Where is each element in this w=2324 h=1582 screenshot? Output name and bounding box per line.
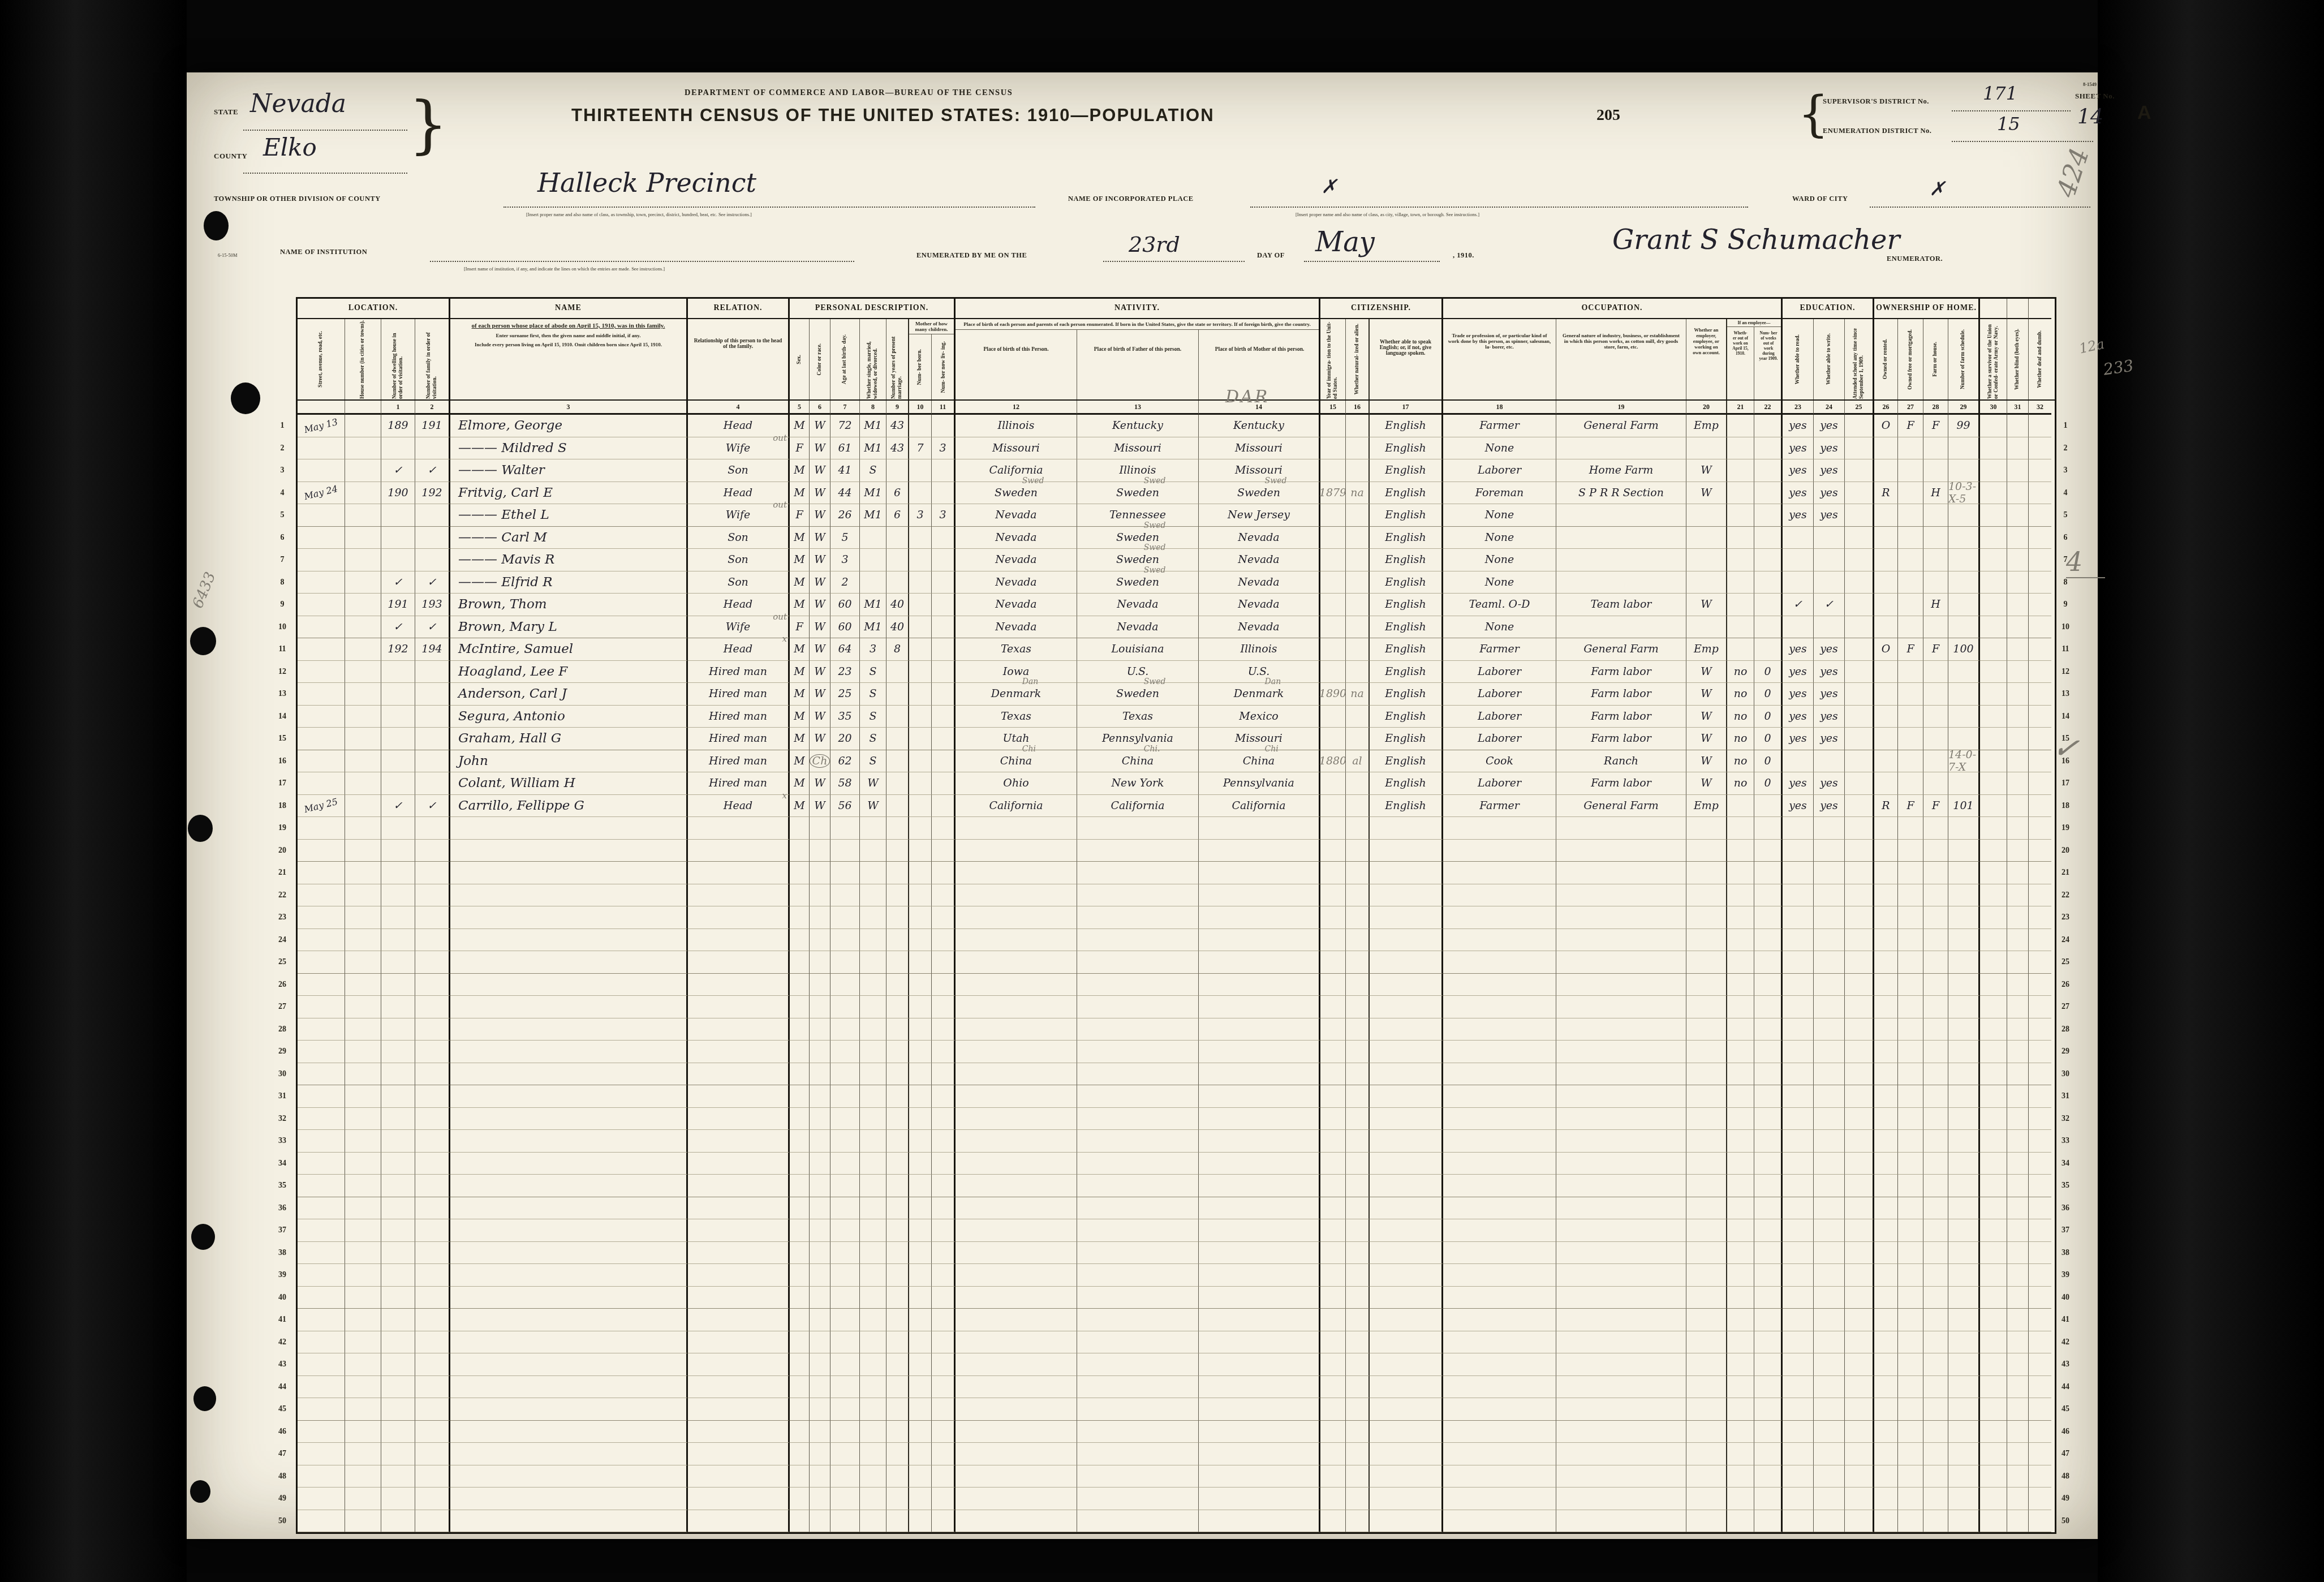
cell-color bbox=[810, 817, 830, 840]
cell-name: McIntire, Samuel bbox=[450, 638, 688, 661]
cell-sex bbox=[790, 817, 810, 840]
cell-rel: Headx bbox=[688, 638, 790, 661]
value-write: yes bbox=[1820, 442, 1838, 454]
cell-sched bbox=[1948, 549, 1980, 571]
cell-dwell bbox=[381, 683, 415, 706]
cell-c31 bbox=[2007, 1219, 2029, 1242]
cell-pobm bbox=[1199, 929, 1320, 952]
cell-pob bbox=[956, 1197, 1077, 1220]
value-rel: Head bbox=[724, 799, 752, 812]
cell-own bbox=[1874, 594, 1898, 616]
cell-rel: Wifeout bbox=[688, 437, 790, 460]
cell-imm bbox=[1320, 974, 1346, 996]
cell-fam bbox=[415, 951, 450, 974]
cell-yrs bbox=[886, 571, 909, 594]
value-color: W bbox=[814, 553, 825, 566]
value-read: yes bbox=[1789, 665, 1807, 678]
row-number-left: 4 bbox=[270, 489, 294, 498]
cell-weeks bbox=[1754, 638, 1783, 661]
cell-yrs bbox=[886, 1398, 909, 1421]
col-number-nat: 16 bbox=[1346, 401, 1370, 415]
cell-c31 bbox=[2007, 862, 2029, 884]
value-dwell: ✓ bbox=[394, 576, 403, 588]
cell-sex bbox=[790, 951, 810, 974]
col-sex: Sex. bbox=[790, 319, 810, 399]
row-number-left: 8 bbox=[270, 578, 294, 587]
cell-name bbox=[450, 1153, 688, 1175]
table-row bbox=[298, 1398, 2055, 1421]
cell-out bbox=[1727, 504, 1754, 527]
cell-mar: M1 bbox=[860, 437, 886, 460]
value-name: ——— Elfrid R bbox=[458, 575, 553, 590]
cell-fam bbox=[415, 1287, 450, 1309]
row-number-right: 17 bbox=[2054, 779, 2077, 788]
cell-weeks bbox=[1754, 1309, 1783, 1331]
value-age: 35 bbox=[838, 710, 851, 723]
cell-trade bbox=[1443, 1353, 1556, 1376]
cell-nat bbox=[1346, 862, 1370, 884]
cell-school bbox=[1845, 1309, 1874, 1331]
cell-age: 72 bbox=[830, 415, 860, 437]
cell-c30 bbox=[1980, 840, 2007, 862]
col-nativity-desc: Place of birth of each person and parent… bbox=[956, 319, 1319, 330]
cell-pob: Nevada bbox=[956, 594, 1077, 616]
cell-free bbox=[1898, 1085, 1923, 1108]
cell-c30 bbox=[1980, 616, 2007, 639]
value-eng: English bbox=[1385, 464, 1426, 476]
cell-nat bbox=[1346, 929, 1370, 952]
margin-note-6433: 6433 bbox=[190, 570, 220, 611]
cell-dwell: 192 bbox=[381, 638, 415, 661]
cell-c30 bbox=[1980, 504, 2007, 527]
cell-school bbox=[1845, 549, 1874, 571]
value-emp: W bbox=[1701, 710, 1712, 723]
cell-sex bbox=[790, 1130, 810, 1153]
cell-pobf: New York bbox=[1077, 772, 1199, 795]
cell-rel bbox=[688, 1175, 790, 1197]
day-of-label: DAY OF bbox=[1257, 251, 1285, 260]
cell-weeks bbox=[1754, 616, 1783, 639]
value-age: 62 bbox=[838, 755, 851, 767]
row-number-left: 19 bbox=[270, 824, 294, 833]
col-number-read: 23 bbox=[1783, 401, 1814, 415]
cell-c30 bbox=[1980, 906, 2007, 929]
cell-nat bbox=[1346, 728, 1370, 750]
value-pobf: Sweden bbox=[1116, 576, 1159, 588]
value-sex: M bbox=[794, 687, 804, 700]
cell-own: R bbox=[1874, 795, 1898, 818]
cell-write bbox=[1814, 906, 1845, 929]
value-dwell: 189 bbox=[388, 419, 408, 432]
cell-hnum bbox=[345, 504, 381, 527]
cell-pob bbox=[956, 1018, 1077, 1041]
cell-nat bbox=[1346, 437, 1370, 460]
cell-read: yes bbox=[1783, 437, 1814, 460]
cell-hnum bbox=[345, 1197, 381, 1220]
value-eng: English bbox=[1385, 487, 1426, 499]
cell-trade: Teaml. O-D bbox=[1443, 594, 1556, 616]
cell-pobm bbox=[1199, 1219, 1320, 1242]
cell-out bbox=[1727, 1488, 1754, 1510]
col-group-30 bbox=[1980, 299, 2007, 319]
cell-imm bbox=[1320, 437, 1346, 460]
cell-rel bbox=[688, 1421, 790, 1443]
table-row bbox=[298, 996, 2055, 1018]
table-row: Anderson, Carl JHired manMW25SDenmarkDan… bbox=[298, 683, 2055, 706]
cell-c32 bbox=[2029, 1219, 2051, 1242]
cell-read: yes bbox=[1783, 706, 1814, 728]
cell-own bbox=[1874, 817, 1898, 840]
cell-read bbox=[1783, 1353, 1814, 1376]
value-weeks: 0 bbox=[1764, 777, 1771, 789]
cell-age: 26 bbox=[830, 504, 860, 527]
cell-fam bbox=[415, 1309, 450, 1331]
col-group-citizenship: CITIZENSHIP. bbox=[1320, 299, 1443, 319]
cell-dwell bbox=[381, 504, 415, 527]
value-pobm: Sweden bbox=[1237, 487, 1280, 499]
sheet-letter: A bbox=[2137, 102, 2151, 124]
cell-free bbox=[1898, 1063, 1923, 1086]
cell-own bbox=[1874, 1264, 1898, 1287]
cell-pob: Texas bbox=[956, 706, 1077, 728]
row-number-left: 25 bbox=[270, 958, 294, 967]
cell-sched: 100 bbox=[1948, 638, 1980, 661]
cell-nat bbox=[1346, 1153, 1370, 1175]
value-name: Elmore, George bbox=[458, 418, 562, 433]
cell-weeks bbox=[1754, 415, 1783, 437]
cell-mar: S bbox=[860, 728, 886, 750]
cell-dwell: ✓ bbox=[381, 616, 415, 639]
cell-own: O bbox=[1874, 415, 1898, 437]
cell-hnum bbox=[345, 906, 381, 929]
cell-pob bbox=[956, 1443, 1077, 1465]
cell-name bbox=[450, 1287, 688, 1309]
cell-school bbox=[1845, 929, 1874, 952]
cell-rel bbox=[688, 1085, 790, 1108]
cell-pob bbox=[956, 1510, 1077, 1533]
value-emp: W bbox=[1701, 665, 1712, 678]
cell-age: 3 bbox=[830, 549, 860, 571]
cell-eng bbox=[1370, 1197, 1443, 1220]
cell-cb bbox=[909, 1130, 932, 1153]
value-age: 5 bbox=[841, 531, 848, 544]
cell-age bbox=[830, 1421, 860, 1443]
cell-sched bbox=[1948, 504, 1980, 527]
cell-cl: 3 bbox=[932, 437, 956, 460]
cell-name: Brown, Thom bbox=[450, 594, 688, 616]
cell-cl bbox=[932, 772, 956, 795]
cell-street bbox=[298, 1376, 345, 1399]
cell-pob: Ohio bbox=[956, 772, 1077, 795]
cell-fh bbox=[1923, 750, 1948, 773]
cell-name bbox=[450, 1264, 688, 1287]
value-nat: na bbox=[1350, 687, 1364, 700]
value-eng: English bbox=[1385, 732, 1426, 745]
cell-cb bbox=[909, 1287, 932, 1309]
cell-cl bbox=[932, 862, 956, 884]
cell-pobf: U.S. bbox=[1077, 661, 1199, 683]
punch-hole bbox=[190, 627, 216, 655]
cell-rel bbox=[688, 1488, 790, 1510]
cell-rel bbox=[688, 906, 790, 929]
cell-c32 bbox=[2029, 683, 2051, 706]
cell-color: W bbox=[810, 661, 830, 683]
row-number-right: 10 bbox=[2054, 623, 2077, 632]
cell-pobf bbox=[1077, 1287, 1199, 1309]
cell-c31 bbox=[2007, 1130, 2029, 1153]
cell-c31 bbox=[2007, 750, 2029, 773]
value-emp: W bbox=[1701, 487, 1712, 499]
table-row: Hoagland, Lee FHired manMW23SIowaU.S.U.S… bbox=[298, 661, 2055, 683]
value-sex: M bbox=[794, 598, 804, 611]
cell-own bbox=[1874, 1175, 1898, 1197]
value-emp: W bbox=[1701, 732, 1712, 745]
cell-rel: Hired man bbox=[688, 728, 790, 750]
cell-weeks: 0 bbox=[1754, 750, 1783, 773]
cell-c31 bbox=[2007, 1018, 2029, 1041]
cell-c30 bbox=[1980, 862, 2007, 884]
value-ind: Farm labor bbox=[1591, 732, 1651, 745]
cell-hnum bbox=[345, 884, 381, 907]
cell-c30 bbox=[1980, 571, 2007, 594]
value-fh: F bbox=[1932, 419, 1939, 432]
cell-fam bbox=[415, 1063, 450, 1086]
cell-read: yes bbox=[1783, 482, 1814, 505]
row-number-right: 22 bbox=[2054, 891, 2077, 900]
cell-read bbox=[1783, 1264, 1814, 1287]
cell-c30 bbox=[1980, 1219, 2007, 1242]
row-number-left: 37 bbox=[270, 1226, 294, 1235]
cell-school bbox=[1845, 683, 1874, 706]
cell-pobf bbox=[1077, 817, 1199, 840]
cell-cb bbox=[909, 594, 932, 616]
cell-school bbox=[1845, 706, 1874, 728]
cell-cl bbox=[932, 459, 956, 482]
cell-c31 bbox=[2007, 1443, 2029, 1465]
cell-emp bbox=[1686, 1443, 1727, 1465]
cell-ind bbox=[1556, 862, 1686, 884]
row-number-right: 12 bbox=[2054, 668, 2077, 677]
row-number-right: 31 bbox=[2054, 1092, 2077, 1101]
cell-fh bbox=[1923, 661, 1948, 683]
cell-write bbox=[1814, 1465, 1845, 1488]
cell-cb bbox=[909, 1219, 932, 1242]
cell-imm bbox=[1320, 1197, 1346, 1220]
cell-pobf: Missouri bbox=[1077, 437, 1199, 460]
cell-weeks bbox=[1754, 1085, 1783, 1108]
cell-pobf bbox=[1077, 840, 1199, 862]
cell-eng: English bbox=[1370, 772, 1443, 795]
cell-sched bbox=[1948, 1264, 1980, 1287]
cell-free bbox=[1898, 482, 1923, 505]
cell-sched bbox=[1948, 1309, 1980, 1331]
cell-read bbox=[1783, 1488, 1814, 1510]
cell-pobm bbox=[1199, 1510, 1320, 1533]
cell-c30 bbox=[1980, 1130, 2007, 1153]
cell-c32 bbox=[2029, 1510, 2051, 1533]
cell-sched bbox=[1948, 906, 1980, 929]
cell-weeks bbox=[1754, 1018, 1783, 1041]
row-number-left: 44 bbox=[270, 1383, 294, 1392]
cell-out bbox=[1727, 862, 1754, 884]
cell-pob bbox=[956, 1108, 1077, 1130]
cell-hnum bbox=[345, 1309, 381, 1331]
cell-c31 bbox=[2007, 638, 2029, 661]
cell-weeks bbox=[1754, 1130, 1783, 1153]
cell-yrs: 43 bbox=[886, 415, 909, 437]
cell-ind bbox=[1556, 1085, 1686, 1108]
cell-dwell bbox=[381, 1421, 415, 1443]
row-number-right: 45 bbox=[2054, 1405, 2077, 1414]
cell-imm bbox=[1320, 795, 1346, 818]
cell-fh bbox=[1923, 996, 1948, 1018]
cell-sex: M bbox=[790, 661, 810, 683]
cell-c32 bbox=[2029, 996, 2051, 1018]
cell-color: W bbox=[810, 683, 830, 706]
cell-pobf bbox=[1077, 1153, 1199, 1175]
cell-emp bbox=[1686, 817, 1727, 840]
cell-pobm: Nevada bbox=[1199, 527, 1320, 549]
cell-name: Colant, William H bbox=[450, 772, 688, 795]
cell-fam bbox=[415, 1421, 450, 1443]
value-pobf: Nevada bbox=[1117, 621, 1158, 633]
cell-fam bbox=[415, 1398, 450, 1421]
row-number-right: 43 bbox=[2054, 1360, 2077, 1369]
cell-pobf bbox=[1077, 1085, 1199, 1108]
value-weeks: 0 bbox=[1764, 710, 1771, 723]
cell-fh bbox=[1923, 1085, 1948, 1108]
cell-out bbox=[1727, 549, 1754, 571]
cell-cl bbox=[932, 1465, 956, 1488]
cell-nat bbox=[1346, 1465, 1370, 1488]
cell-c31 bbox=[2007, 415, 2029, 437]
film-edge-right bbox=[2098, 0, 2324, 1582]
cell-eng: English bbox=[1370, 437, 1443, 460]
cell-rel bbox=[688, 974, 790, 996]
table-row bbox=[298, 840, 2055, 862]
col-years-married: Number of years of present marriage. bbox=[886, 319, 909, 399]
cell-trade: None bbox=[1443, 437, 1556, 460]
cell-name bbox=[450, 996, 688, 1018]
cell-sex: M bbox=[790, 549, 810, 571]
cell-pob bbox=[956, 1264, 1077, 1287]
cell-age bbox=[830, 906, 860, 929]
cell-eng bbox=[1370, 1242, 1443, 1265]
value-pob: Nevada bbox=[995, 576, 1036, 588]
cell-emp bbox=[1686, 1398, 1727, 1421]
cell-c30 bbox=[1980, 683, 2007, 706]
value-pob: Texas bbox=[1001, 643, 1031, 655]
cell-age bbox=[830, 862, 860, 884]
cell-ind bbox=[1556, 974, 1686, 996]
cell-mar: 3 bbox=[860, 638, 886, 661]
cell-c30 bbox=[1980, 1242, 2007, 1265]
cell-rel: Wifeout bbox=[688, 504, 790, 527]
cell-write bbox=[1814, 571, 1845, 594]
cell-ind bbox=[1556, 1264, 1686, 1287]
row-number-left: 12 bbox=[270, 668, 294, 677]
col-number-sex: 5 bbox=[790, 401, 810, 415]
cell-cl bbox=[932, 1488, 956, 1510]
cell-cb bbox=[909, 1398, 932, 1421]
cell-sched bbox=[1948, 706, 1980, 728]
cell-c32 bbox=[2029, 415, 2051, 437]
value-pobf: Missouri bbox=[1114, 442, 1161, 454]
cell-read: yes bbox=[1783, 772, 1814, 795]
col-group-name: NAME bbox=[450, 299, 688, 319]
cell-fam: 194 bbox=[415, 638, 450, 661]
col-number-yrs: 9 bbox=[886, 401, 909, 415]
table-subheader-band: Street, avenue, road, etc.House number (… bbox=[298, 319, 2055, 401]
cell-school bbox=[1845, 594, 1874, 616]
cell-sex bbox=[790, 974, 810, 996]
cell-fam bbox=[415, 996, 450, 1018]
cell-fam bbox=[415, 1443, 450, 1465]
col-house-number: House number (in cities or towns). bbox=[345, 319, 381, 399]
cell-pob bbox=[956, 1465, 1077, 1488]
cell-yrs bbox=[886, 951, 909, 974]
cell-fam bbox=[415, 1130, 450, 1153]
cell-c32 bbox=[2029, 929, 2051, 952]
cell-color bbox=[810, 1331, 830, 1354]
cell-age bbox=[830, 996, 860, 1018]
value-yrs: 40 bbox=[890, 621, 904, 633]
cell-hnum bbox=[345, 571, 381, 594]
cell-pobm bbox=[1199, 974, 1320, 996]
cell-ind: General Farm bbox=[1556, 638, 1686, 661]
cell-write bbox=[1814, 1130, 1845, 1153]
punch-hole bbox=[188, 815, 213, 842]
cell-out bbox=[1727, 1153, 1754, 1175]
cell-nat bbox=[1346, 1376, 1370, 1399]
cell-fam bbox=[415, 706, 450, 728]
table-row bbox=[298, 1041, 2055, 1063]
cell-pobf bbox=[1077, 951, 1199, 974]
cell-name bbox=[450, 1041, 688, 1063]
value-eng: English bbox=[1385, 799, 1426, 812]
cell-ind bbox=[1556, 1443, 1686, 1465]
cell-pob: ChinaChi bbox=[956, 750, 1077, 773]
cell-mar bbox=[860, 1287, 886, 1309]
cell-fam bbox=[415, 1175, 450, 1197]
cell-school bbox=[1845, 951, 1874, 974]
cell-read bbox=[1783, 616, 1814, 639]
col-number-sched: 29 bbox=[1948, 401, 1980, 415]
row-number-right: 40 bbox=[2054, 1293, 2077, 1302]
value-pob: China bbox=[1000, 755, 1032, 767]
row-number-left: 11 bbox=[270, 645, 294, 654]
table-row bbox=[298, 1264, 2055, 1287]
cell-dwell bbox=[381, 549, 415, 571]
sheet-label: SHEET No. bbox=[2075, 92, 2115, 101]
col-blind: Whether blind (both eyes). bbox=[2007, 319, 2029, 399]
row-number-right: 15 bbox=[2054, 734, 2077, 743]
cell-street bbox=[298, 1353, 345, 1376]
cell-mar bbox=[860, 996, 886, 1018]
cell-yrs: 8 bbox=[886, 638, 909, 661]
cell-school bbox=[1845, 1465, 1874, 1488]
cell-own bbox=[1874, 951, 1898, 974]
cell-rel bbox=[688, 1331, 790, 1354]
value-fam: 194 bbox=[421, 643, 442, 655]
cell-emp bbox=[1686, 884, 1727, 907]
cell-ind: Team labor bbox=[1556, 594, 1686, 616]
cell-street bbox=[298, 459, 345, 482]
cell-eng bbox=[1370, 996, 1443, 1018]
cell-own bbox=[1874, 459, 1898, 482]
cell-out: no bbox=[1727, 683, 1754, 706]
cell-pobf bbox=[1077, 906, 1199, 929]
